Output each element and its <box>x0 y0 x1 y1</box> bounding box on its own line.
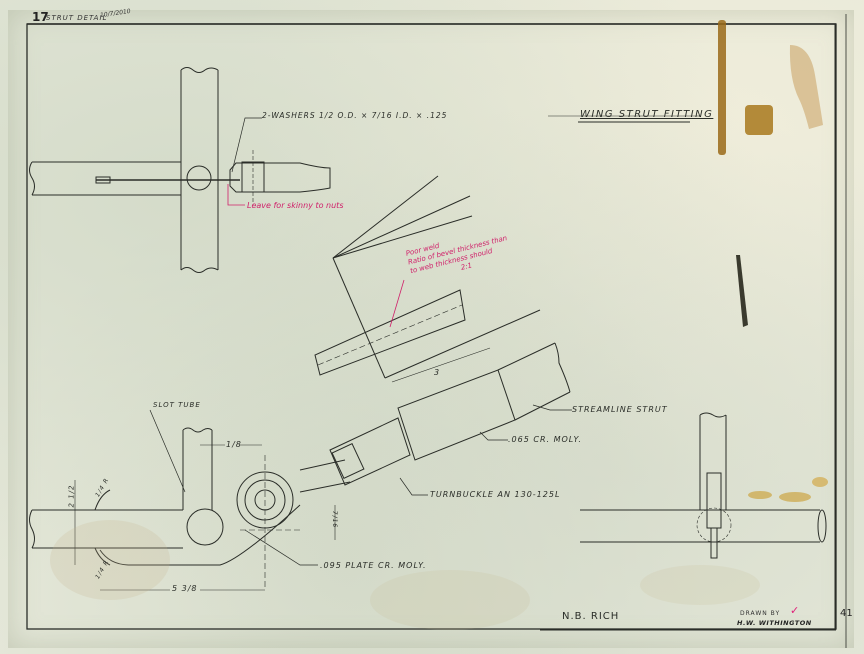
angled-strut-assembly <box>300 176 572 495</box>
callout-streamline-strut: STREAMLINE STRUT <box>572 405 668 414</box>
dim-height-left: 2 1/2 <box>67 485 75 508</box>
callout-plate: .095 PLATE CR. MOLY. <box>320 561 427 570</box>
callout-washers: 2-WASHERS 1/2 O.D. × 7/16 I.D. × .125 <box>262 111 447 120</box>
callout-turnbuckle: TURNBUCKLE AN 130-125L <box>430 490 560 499</box>
callout-tube-material: .065 CR. MOLY. <box>508 435 582 444</box>
dim-strut-length: 3 <box>434 368 440 377</box>
dim-overall-width: 5 3/8 <box>172 584 198 593</box>
dim-slot-offset: 1/8 <box>226 440 242 449</box>
check-mark-icon: ✓ <box>790 604 799 617</box>
technical-drawing <box>0 0 864 654</box>
note-leave-room: Leave for skinny to nuts <box>247 201 343 210</box>
drawn-by-label: DRAWN BY <box>740 610 780 617</box>
callout-slot-tube: SLOT TUBE <box>153 401 201 409</box>
drawing-sheet: 17 STRUT DETAIL 10/7/2010 WING STRUT FIT… <box>0 0 864 654</box>
bottom-right-assembly <box>580 413 826 558</box>
signature: N.B. RICH <box>562 611 619 622</box>
top-view-assembly <box>30 68 331 273</box>
drawing-title: WING STRUT FITTING <box>580 109 713 120</box>
dim-plate-offset: 7/16 <box>331 511 338 528</box>
page-number: 41 <box>840 608 853 619</box>
drawn-by-name: H.W. WITHINGTON <box>737 619 812 627</box>
sheet-subtitle: STRUT DETAIL <box>46 14 107 22</box>
